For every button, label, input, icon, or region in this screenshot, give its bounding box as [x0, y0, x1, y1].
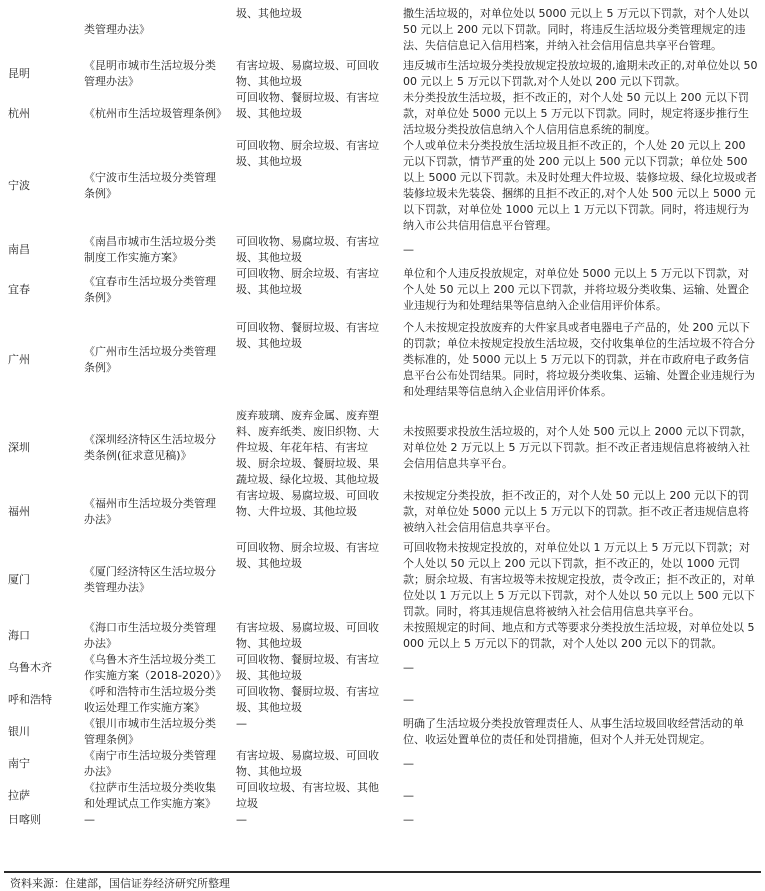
categories-cell: 有害垃圾、易腐垃圾、可回收物、其他垃圾 — [236, 620, 403, 652]
categories-cell: 可回收物、餐厨垃圾、有害垃圾、其他垃圾 — [236, 684, 403, 716]
categories-cell: — — [236, 812, 403, 828]
city-cell: 银川 — [0, 724, 84, 740]
categories-cell: — — [236, 716, 403, 732]
penalty-cell: 违反城市生活垃圾分类投放规定投放垃圾的,逾期未改正的,对单位处以 5000 元以… — [403, 58, 765, 90]
categories-cell: 可回收物、餐厨垃圾、有害垃圾、其他垃圾 — [236, 90, 403, 122]
categories-cell: 可回收物、餐厨垃圾、有害垃圾、其他垃圾 — [236, 320, 403, 352]
table-row: 厦门《厦门经济特区生活垃圾分类管理办法》可回收物、厨余垃圾、有害垃圾、其他垃圾可… — [0, 540, 765, 620]
city-cell: 福州 — [0, 504, 84, 520]
penalty-cell: 个人未按规定投放废弃的大件家具或者电器电子产品的，处 200 元以下的罚款；单位… — [403, 320, 765, 400]
table-row: 呼和浩特《呼和浩特市生活垃圾分类收运处理工作实施方案》可回收物、餐厨垃圾、有害垃… — [0, 684, 765, 716]
city-cell: 昆明 — [0, 66, 84, 82]
penalty-cell: 未按照规定的时间、地点和方式等要求分类投放生活垃圾，对单位处以 5000 元以上… — [403, 620, 765, 652]
categories-cell: 有害垃圾、易腐垃圾、可回收物、大件垃圾、其他垃圾 — [236, 488, 403, 520]
penalty-cell: — — [403, 660, 765, 676]
penalty-cell: 明确了生活垃圾分类投放管理责任人、从事生活垃圾回收经营活动的单位、收运处置单位的… — [403, 716, 765, 748]
city-cell: 海口 — [0, 628, 84, 644]
city-cell: 深圳 — [0, 440, 84, 456]
penalty-cell: — — [403, 812, 765, 828]
regulation-cell: 《南宁市生活垃圾分类管理办法》 — [84, 748, 236, 780]
regulation-cell: 《银川市城市生活垃圾分类管理条例》 — [84, 716, 236, 748]
city-cell: 呼和浩特 — [0, 692, 84, 708]
regulation-cell: 《宁波市生活垃圾分类管理条例》 — [84, 170, 236, 202]
penalty-cell: 未按照要求投放生活垃圾的，对个人处 500 元以上 2000 元以下罚款，对单位… — [403, 424, 765, 472]
table-row: 福州《福州市生活垃圾分类管理办法》有害垃圾、易腐垃圾、可回收物、大件垃圾、其他垃… — [0, 488, 765, 536]
penalty-cell: 未分类投放生活垃圾，拒不改正的，对个人处 50 元以上 200 元以下罚款，对单… — [403, 90, 765, 138]
categories-cell: 可回收垃圾、有害垃圾、其他垃圾 — [236, 780, 403, 812]
categories-cell: 可回收物、餐厨垃圾、有害垃圾、其他垃圾 — [236, 652, 403, 684]
city-cell: 南昌 — [0, 242, 84, 258]
regulation-cell: 《杭州市生活垃圾管理条例》 — [84, 106, 236, 122]
regulation-cell: 《广州市生活垃圾分类管理条例》 — [84, 344, 236, 376]
table-row: 深圳《深圳经济特区生活垃圾分类条例(征求意见稿)》废弃玻璃、废弃金属、废弃塑料、… — [0, 408, 765, 488]
city-cell: 拉萨 — [0, 788, 84, 804]
regulation-cell: 《宜春市生活垃圾分类管理条例》 — [84, 274, 236, 306]
city-cell: 广州 — [0, 352, 84, 368]
report-table-page: 类管理办法》圾、其他垃圾撒生活垃圾的，对单位处以 5000 元以上 5 万元以下… — [0, 0, 765, 891]
table-row: 乌鲁木齐《乌鲁木齐生活垃圾分类工作实施方案（2018-2020）》可回收物、餐厨… — [0, 652, 765, 684]
source-note: 资料来源：住建部，国信证券经济研究所整理 — [10, 877, 230, 890]
penalty-cell: 单位和个人违反投放规定，对单位处 5000 元以上 5 万元以下罚款，对个人处 … — [403, 266, 765, 314]
regulation-cell: 《南昌市城市生活垃圾分类制度工作实施方案》 — [84, 234, 236, 266]
penalty-cell: 未按规定分类投放，拒不改正的，对个人处 50 元以上 200 元以下的罚款，对单… — [403, 488, 765, 536]
regulation-cell: 《乌鲁木齐生活垃圾分类工作实施方案（2018-2020）》 — [84, 652, 236, 684]
categories-cell: 可回收物、厨余垃圾、有害垃圾、其他垃圾 — [236, 540, 403, 572]
city-cell: 宜春 — [0, 282, 84, 298]
table-row: 日喀则——— — [0, 812, 765, 828]
penalty-cell: — — [403, 756, 765, 772]
table-row: 拉萨《拉萨市生活垃圾分类收集和处理试点工作实施方案》可回收垃圾、有害垃圾、其他垃… — [0, 780, 765, 812]
table-row: 杭州《杭州市生活垃圾管理条例》可回收物、餐厨垃圾、有害垃圾、其他垃圾未分类投放生… — [0, 90, 765, 138]
regulation-cell: 《拉萨市生活垃圾分类收集和处理试点工作实施方案》 — [84, 780, 236, 812]
regulation-cell: 《呼和浩特市生活垃圾分类收运处理工作实施方案》 — [84, 684, 236, 716]
regulation-cell: 《昆明市城市生活垃圾分类管理办法》 — [84, 58, 236, 90]
penalty-cell: — — [403, 788, 765, 804]
penalty-cell: 撒生活垃圾的，对单位处以 5000 元以上 5 万元以下罚款，对个人处以 50 … — [403, 6, 765, 54]
city-cell: 乌鲁木齐 — [0, 660, 84, 676]
categories-cell: 有害垃圾、易腐垃圾、可回收物、其他垃圾 — [236, 748, 403, 780]
regulation-cell: — — [84, 812, 236, 828]
table-row: 昆明《昆明市城市生活垃圾分类管理办法》有害垃圾、易腐垃圾、可回收物、其他垃圾违反… — [0, 58, 765, 90]
table-row: 类管理办法》圾、其他垃圾撒生活垃圾的，对单位处以 5000 元以上 5 万元以下… — [0, 6, 765, 54]
regulation-cell: 《福州市生活垃圾分类管理办法》 — [84, 496, 236, 528]
penalty-cell: 个人或单位未分类投放生活垃圾且拒不改正的，个人处 20 元以上 200 元以下罚… — [403, 138, 765, 234]
categories-cell: 可回收物、易腐垃圾、有害垃圾、其他垃圾 — [236, 234, 403, 266]
city-cell: 南宁 — [0, 756, 84, 772]
table-row: 南宁《南宁市生活垃圾分类管理办法》有害垃圾、易腐垃圾、可回收物、其他垃圾— — [0, 748, 765, 780]
regulation-table: 类管理办法》圾、其他垃圾撒生活垃圾的，对单位处以 5000 元以上 5 万元以下… — [0, 6, 765, 828]
table-row: 海口《海口市生活垃圾分类管理办法》有害垃圾、易腐垃圾、可回收物、其他垃圾未按照规… — [0, 620, 765, 652]
table-row: 南昌《南昌市城市生活垃圾分类制度工作实施方案》可回收物、易腐垃圾、有害垃圾、其他… — [0, 234, 765, 266]
penalty-cell: — — [403, 242, 765, 258]
categories-cell: 可回收物、厨余垃圾、有害垃圾、其他垃圾 — [236, 138, 403, 170]
regulation-cell: 《厦门经济特区生活垃圾分类管理办法》 — [84, 564, 236, 596]
categories-cell: 可回收物、厨余垃圾、有害垃圾、其他垃圾 — [236, 266, 403, 298]
city-cell: 厦门 — [0, 572, 84, 588]
regulation-cell: 类管理办法》 — [84, 22, 236, 38]
city-cell: 宁波 — [0, 178, 84, 194]
regulation-cell: 《海口市生活垃圾分类管理办法》 — [84, 620, 236, 652]
categories-cell: 废弃玻璃、废弃金属、废弃塑料、废弃纸类、废旧织物、大件垃圾、年花年桔、有害垃圾、… — [236, 408, 403, 488]
table-bottom-border — [4, 871, 761, 873]
categories-cell: 有害垃圾、易腐垃圾、可回收物、其他垃圾 — [236, 58, 403, 90]
table-row: 宁波《宁波市生活垃圾分类管理条例》可回收物、厨余垃圾、有害垃圾、其他垃圾个人或单… — [0, 138, 765, 234]
city-cell: 日喀则 — [0, 812, 84, 828]
penalty-cell: — — [403, 692, 765, 708]
table-row: 广州《广州市生活垃圾分类管理条例》可回收物、餐厨垃圾、有害垃圾、其他垃圾个人未按… — [0, 320, 765, 400]
table-row: 宜春《宜春市生活垃圾分类管理条例》可回收物、厨余垃圾、有害垃圾、其他垃圾单位和个… — [0, 266, 765, 314]
penalty-cell: 可回收物未按规定投放的，对单位处以 1 万元以上 5 万元以下罚款；对个人处以 … — [403, 540, 765, 620]
city-cell: 杭州 — [0, 106, 84, 122]
regulation-cell: 《深圳经济特区生活垃圾分类条例(征求意见稿)》 — [84, 432, 236, 464]
table-row: 银川《银川市城市生活垃圾分类管理条例》—明确了生活垃圾分类投放管理责任人、从事生… — [0, 716, 765, 748]
categories-cell: 圾、其他垃圾 — [236, 6, 403, 22]
